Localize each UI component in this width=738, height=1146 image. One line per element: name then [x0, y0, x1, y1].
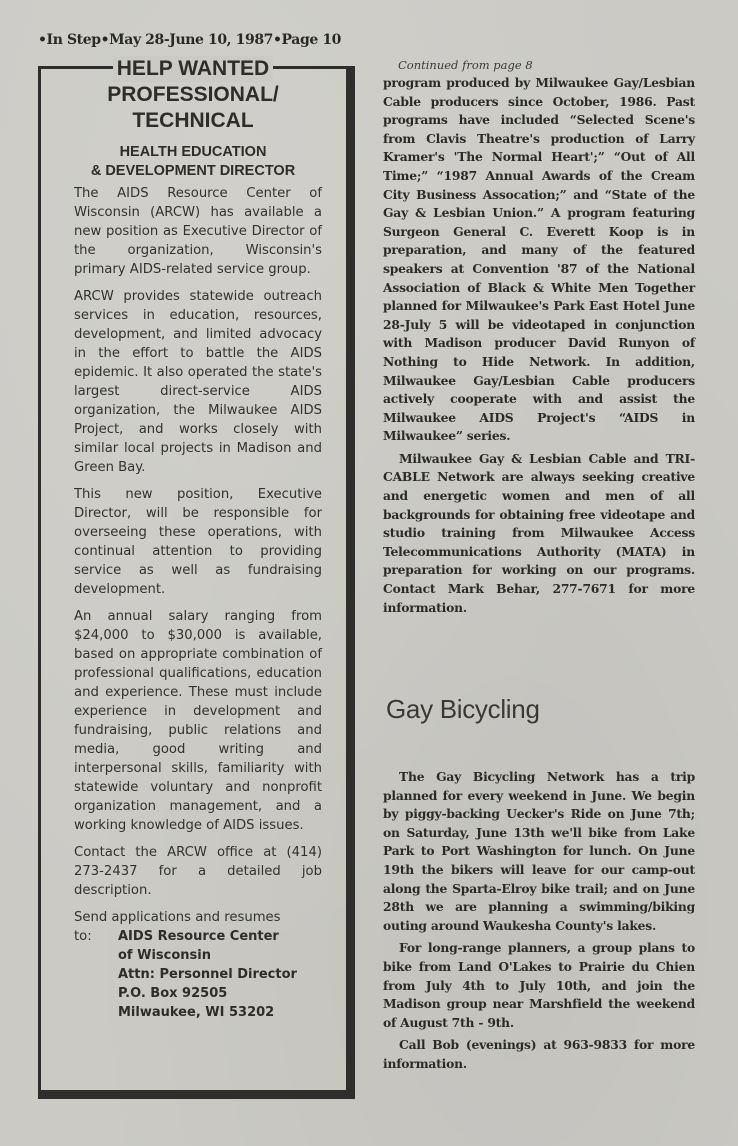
send-to-label: to:	[74, 927, 118, 1022]
ad-paragraph: This new position, Executive Director, w…	[74, 485, 322, 599]
ad-body: The AIDS Resource Center of Wisconsin (A…	[74, 184, 322, 1022]
mailing-address-block: to: AIDS Resource Center of Wisconsin At…	[74, 927, 322, 1022]
ad-title-line-2: PROFESSIONAL/	[40, 82, 346, 108]
address-line: of Wisconsin	[118, 946, 297, 965]
ad-paragraph: ARCW provides statewide outreach service…	[74, 287, 322, 477]
address-line: AIDS Resource Center	[118, 927, 297, 946]
newspaper-page: •In Step•May 28-June 10, 1987•Page 10 HE…	[0, 0, 738, 1146]
address-line: P.O. Box 92505	[118, 984, 297, 1003]
ad-paragraph: Contact the ARCW office at (414) 273-243…	[74, 843, 322, 900]
ad-subtitle-line-2: & DEVELOPMENT DIRECTOR	[40, 162, 346, 181]
bicycling-article-body: The Gay Bicycling Network has a trip pla…	[383, 768, 695, 1078]
address-line: Attn: Personnel Director	[118, 965, 297, 984]
ad-subtitle-line-1: HEALTH EDUCATION	[40, 143, 346, 162]
ad-paragraph: The AIDS Resource Center of Wisconsin (A…	[74, 184, 322, 279]
continued-from-note: Continued from page 8	[398, 58, 533, 72]
ad-title-line-1: HELP WANTED	[113, 56, 273, 82]
article-paragraph: Milwaukee Gay & Lesbian Cable and TRI-CA…	[383, 450, 695, 617]
page-folio: •In Step•May 28-June 10, 1987•Page 10	[38, 32, 341, 48]
ad-subtitle: HEALTH EDUCATION & DEVELOPMENT DIRECTOR	[40, 143, 346, 181]
cable-article-body: program produced by Milwaukee Gay/Lesbia…	[383, 74, 695, 621]
ad-title: HELP WANTED PROFESSIONAL/ TECHNICAL	[40, 56, 346, 134]
article-paragraph: Call Bob (evenings) at 963-9833 for more…	[383, 1036, 695, 1073]
article-paragraph: For long-range planners, a group plans t…	[383, 939, 695, 1032]
send-applications-intro: Send applications and resumes	[74, 908, 322, 927]
article-paragraph: program produced by Milwaukee Gay/Lesbia…	[383, 74, 695, 446]
article-paragraph: The Gay Bicycling Network has a trip pla…	[383, 768, 695, 935]
ad-paragraph: An annual salary ranging from $24,000 to…	[74, 607, 322, 835]
mailing-address: AIDS Resource Center of Wisconsin Attn: …	[118, 927, 297, 1022]
ad-title-line-3: TECHNICAL	[40, 108, 346, 134]
address-line: Milwaukee, WI 53202	[118, 1003, 297, 1022]
bicycling-headline: Gay Bicycling	[386, 694, 540, 725]
